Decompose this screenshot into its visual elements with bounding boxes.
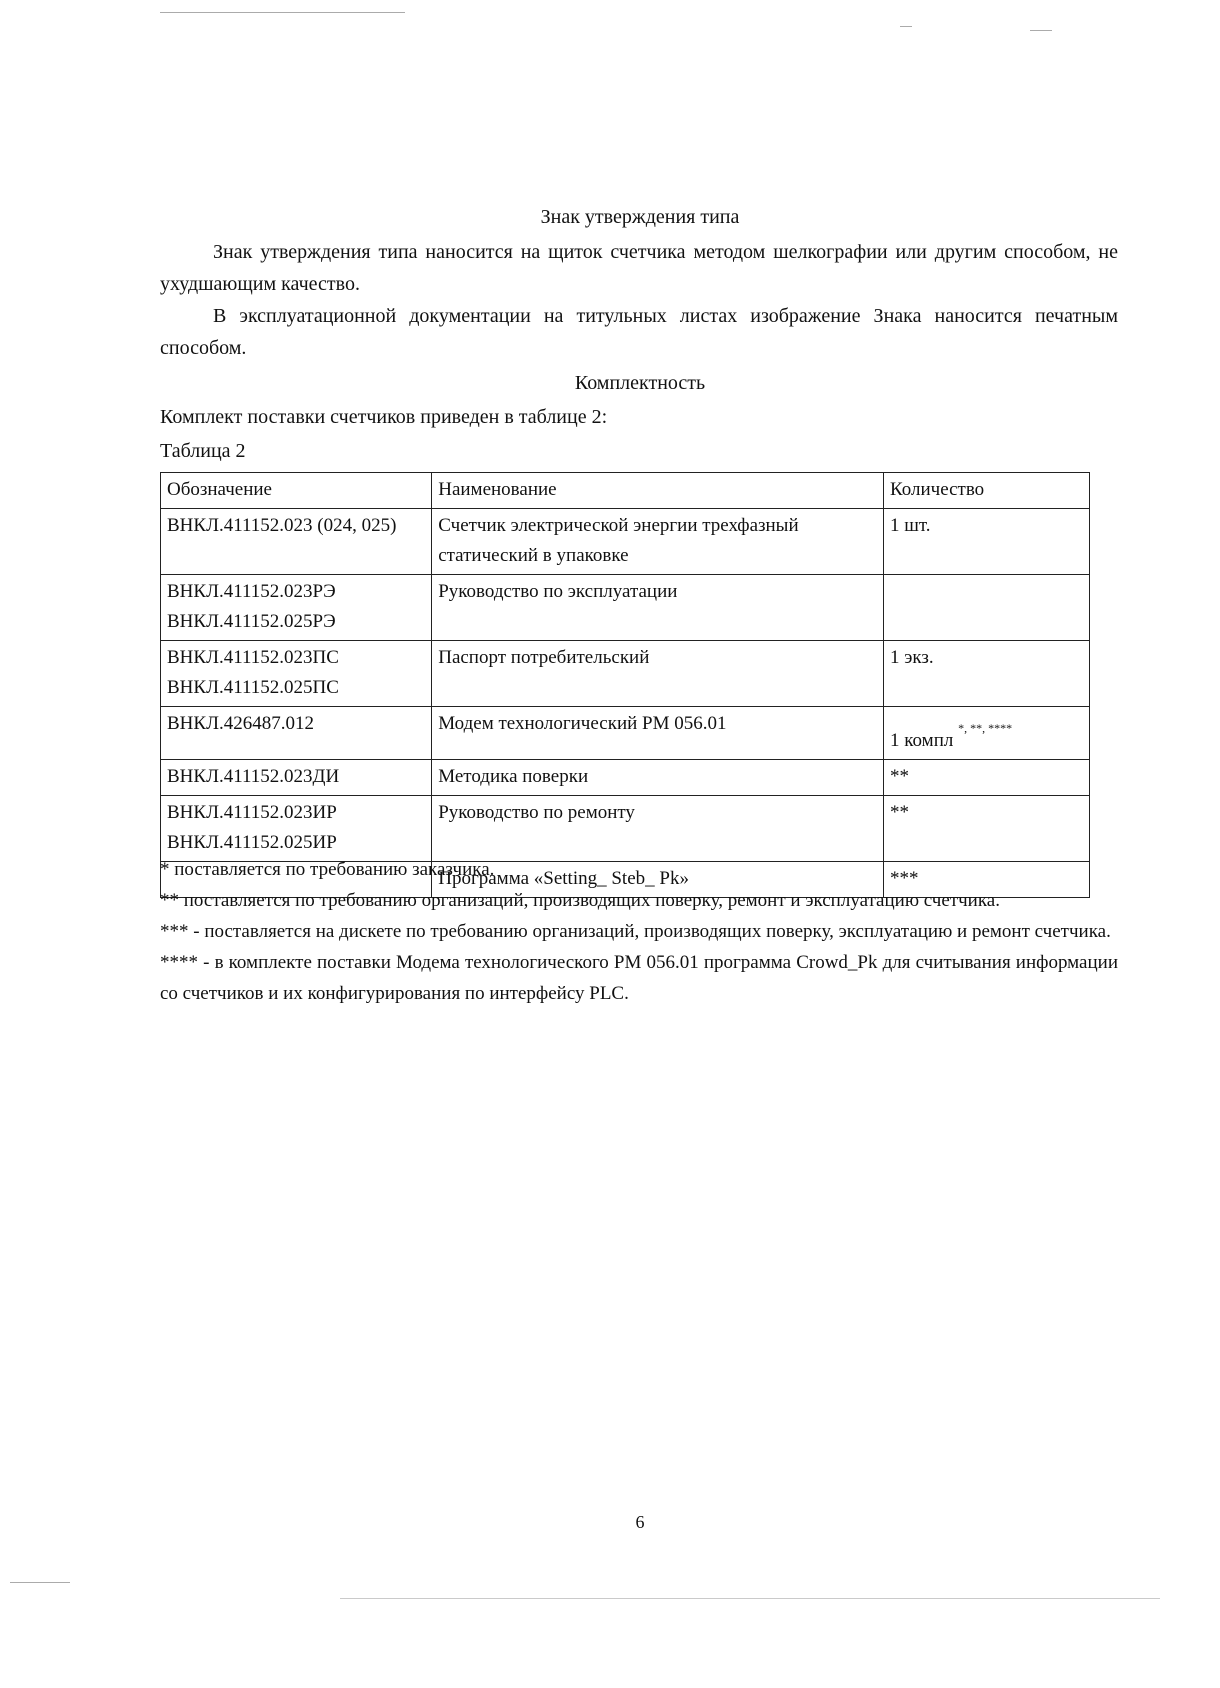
header-name: Наименование: [432, 473, 884, 509]
table-row: ВНКЛ.411152.023ПС ВНКЛ.411152.025ПС Пасп…: [161, 641, 1090, 707]
cell-quantity: **: [884, 796, 1090, 862]
cell-name: Руководство по эксплуатации: [432, 575, 884, 641]
table-row: ВНКЛ.411152.023 (024, 025) Счетчик элект…: [161, 509, 1090, 575]
page-number: 6: [0, 1512, 1220, 1533]
cell-name: Руководство по ремонту: [432, 796, 884, 862]
footnote-2: ** поставляется по требованию организаци…: [160, 885, 1118, 916]
cell-designation: ВНКЛ.411152.023ПС ВНКЛ.411152.025ПС: [161, 641, 432, 707]
cell-name: Модем технологический РМ 056.01: [432, 707, 884, 760]
footnote-1: * поставляется по требованию заказчика.: [160, 854, 1118, 885]
cell-name: Методика поверки: [432, 760, 884, 796]
cell-quantity: 1 шт.: [884, 509, 1090, 575]
section-title-completeness: Комплектность: [0, 372, 1220, 395]
scan-artifact: [900, 26, 912, 27]
scan-artifact: [160, 12, 405, 13]
paragraph-approval-mark-2: В эксплуатационной документации на титул…: [160, 300, 1118, 364]
cell-designation: ВНКЛ.411152.023 (024, 025): [161, 509, 432, 575]
cell-quantity: [884, 575, 1090, 641]
scan-artifact: [10, 1582, 70, 1583]
cell-name: Счетчик электрической энергии трехфазный…: [432, 509, 884, 575]
table-header-row: Обозначение Наименование Количество: [161, 473, 1090, 509]
cell-designation: ВНКЛ.411152.023ИР ВНКЛ.411152.025ИР: [161, 796, 432, 862]
table-caption: Таблица 2: [160, 440, 246, 463]
table-row: ВНКЛ.411152.023РЭ ВНКЛ.411152.025РЭ Руко…: [161, 575, 1090, 641]
table-intro: Комплект поставки счетчиков приведен в т…: [160, 406, 607, 429]
cell-quantity: 1 компл *, **, ****: [884, 707, 1090, 760]
cell-quantity: 1 экз.: [884, 641, 1090, 707]
cell-designation: ВНКЛ.411152.023ДИ: [161, 760, 432, 796]
cell-designation: ВНКЛ.411152.023РЭ ВНКЛ.411152.025РЭ: [161, 575, 432, 641]
cell-name: Паспорт потребительский: [432, 641, 884, 707]
section-title-approval-mark: Знак утверждения типа: [0, 206, 1220, 229]
paragraph-approval-mark-1: Знак утверждения типа наносится на щиток…: [160, 236, 1118, 300]
cell-quantity: **: [884, 760, 1090, 796]
table-row: ВНКЛ.426487.012 Модем технологический РМ…: [161, 707, 1090, 760]
footnote-4: **** - в комплекте поставки Модема техно…: [160, 947, 1118, 1009]
scan-artifact: [1030, 30, 1052, 31]
table-row: ВНКЛ.411152.023ДИ Методика поверки **: [161, 760, 1090, 796]
footnote-3: *** - поставляется на дискете по требова…: [160, 916, 1118, 947]
footnote-markers: *, **, ****: [958, 721, 1012, 735]
footnotes: * поставляется по требованию заказчика. …: [160, 854, 1118, 1009]
table-row: ВНКЛ.411152.023ИР ВНКЛ.411152.025ИР Руко…: [161, 796, 1090, 862]
header-quantity: Количество: [884, 473, 1090, 509]
document-page: Знак утверждения типа Знак утверждения т…: [0, 0, 1220, 1688]
completeness-table: Обозначение Наименование Количество ВНКЛ…: [160, 472, 1090, 898]
scan-artifact: [340, 1598, 1160, 1599]
header-designation: Обозначение: [161, 473, 432, 509]
cell-designation: ВНКЛ.426487.012: [161, 707, 432, 760]
